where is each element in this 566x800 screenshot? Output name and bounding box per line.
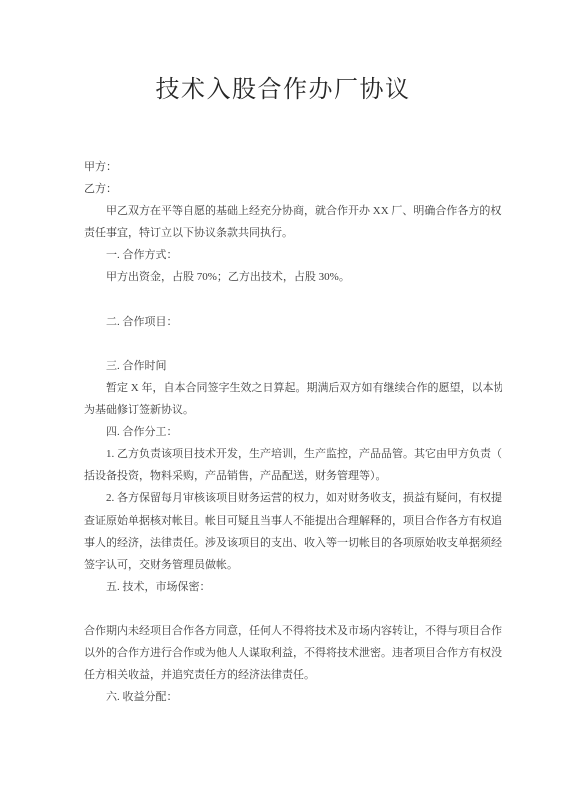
text-line: 甲方： xyxy=(84,156,502,178)
document-title: 技术入股合作办厂协议 xyxy=(0,74,566,106)
text-line: 四. 合作分工： xyxy=(84,421,502,443)
text-line: 查证原始单据核对帐目。帐目可疑且当事人不能提出合理解释的，项目合作各方有权追究当 xyxy=(84,510,502,532)
text-line: 为基础修订签新协议。 xyxy=(84,399,502,421)
text-line: 1. 乙方负责该项目技术开发，生产培训，生产监控，产品品管。其它由甲方负责（包 xyxy=(84,443,502,465)
blank-line xyxy=(84,598,502,620)
document-body: 甲方：乙方：甲乙双方在平等自愿的基础上经充分协商，就合作开办 XX 厂、明确合作… xyxy=(84,156,502,708)
blank-line xyxy=(84,333,502,355)
text-line: 五. 技术，市场保密： xyxy=(84,576,502,598)
document-page: 技术入股合作办厂协议 甲方：乙方：甲乙双方在平等自愿的基础上经充分协商，就合作开… xyxy=(0,0,566,800)
text-line: 六. 收益分配： xyxy=(84,686,502,708)
text-line: 乙方： xyxy=(84,178,502,200)
blank-line xyxy=(84,289,502,311)
text-line: 以外的合作方进行合作或为他人人谋取利益，不得将技术泄密。违者项目合作方有权没收责 xyxy=(84,642,502,664)
text-line: 签字认可，交财务管理员做帐。 xyxy=(84,554,502,576)
text-line: 甲乙双方在平等自愿的基础上经充分协商，就合作开办 XX 厂、明确合作各方的权利与 xyxy=(84,200,502,222)
text-line: 责任事宜，特订立以下协议条款共同执行。 xyxy=(84,222,502,244)
text-line: 2. 各方保留每月审核该项目财务运营的权力，如对财务收支，损益有疑问，有权提出 xyxy=(84,487,502,509)
text-line: 事人的经济，法律责任。涉及该项目的支出、收入等一切帐目的各项原始收支单据须经各方 xyxy=(84,532,502,554)
text-line: 合作期内未经项目合作各方同意，任何人不得将技术及市场内容转让，不得与项目合作双方 xyxy=(84,620,502,642)
text-line: 暂定 X 年，自本合同签字生效之日算起。期满后双方如有继续合作的愿望，以本协议 xyxy=(84,377,502,399)
text-line: 甲方出资金，占股 70%；乙方出技术，占股 30%。 xyxy=(84,266,502,288)
text-line: 任方相关收益，并追究责任方的经济法律责任。 xyxy=(84,664,502,686)
text-line: 三. 合作时间 xyxy=(84,355,502,377)
text-line: 括设备投资，物料采购，产品销售，产品配送，财务管理等）。 xyxy=(84,465,502,487)
text-line: 二. 合作项目： xyxy=(84,311,502,333)
text-line: 一. 合作方式： xyxy=(84,244,502,266)
